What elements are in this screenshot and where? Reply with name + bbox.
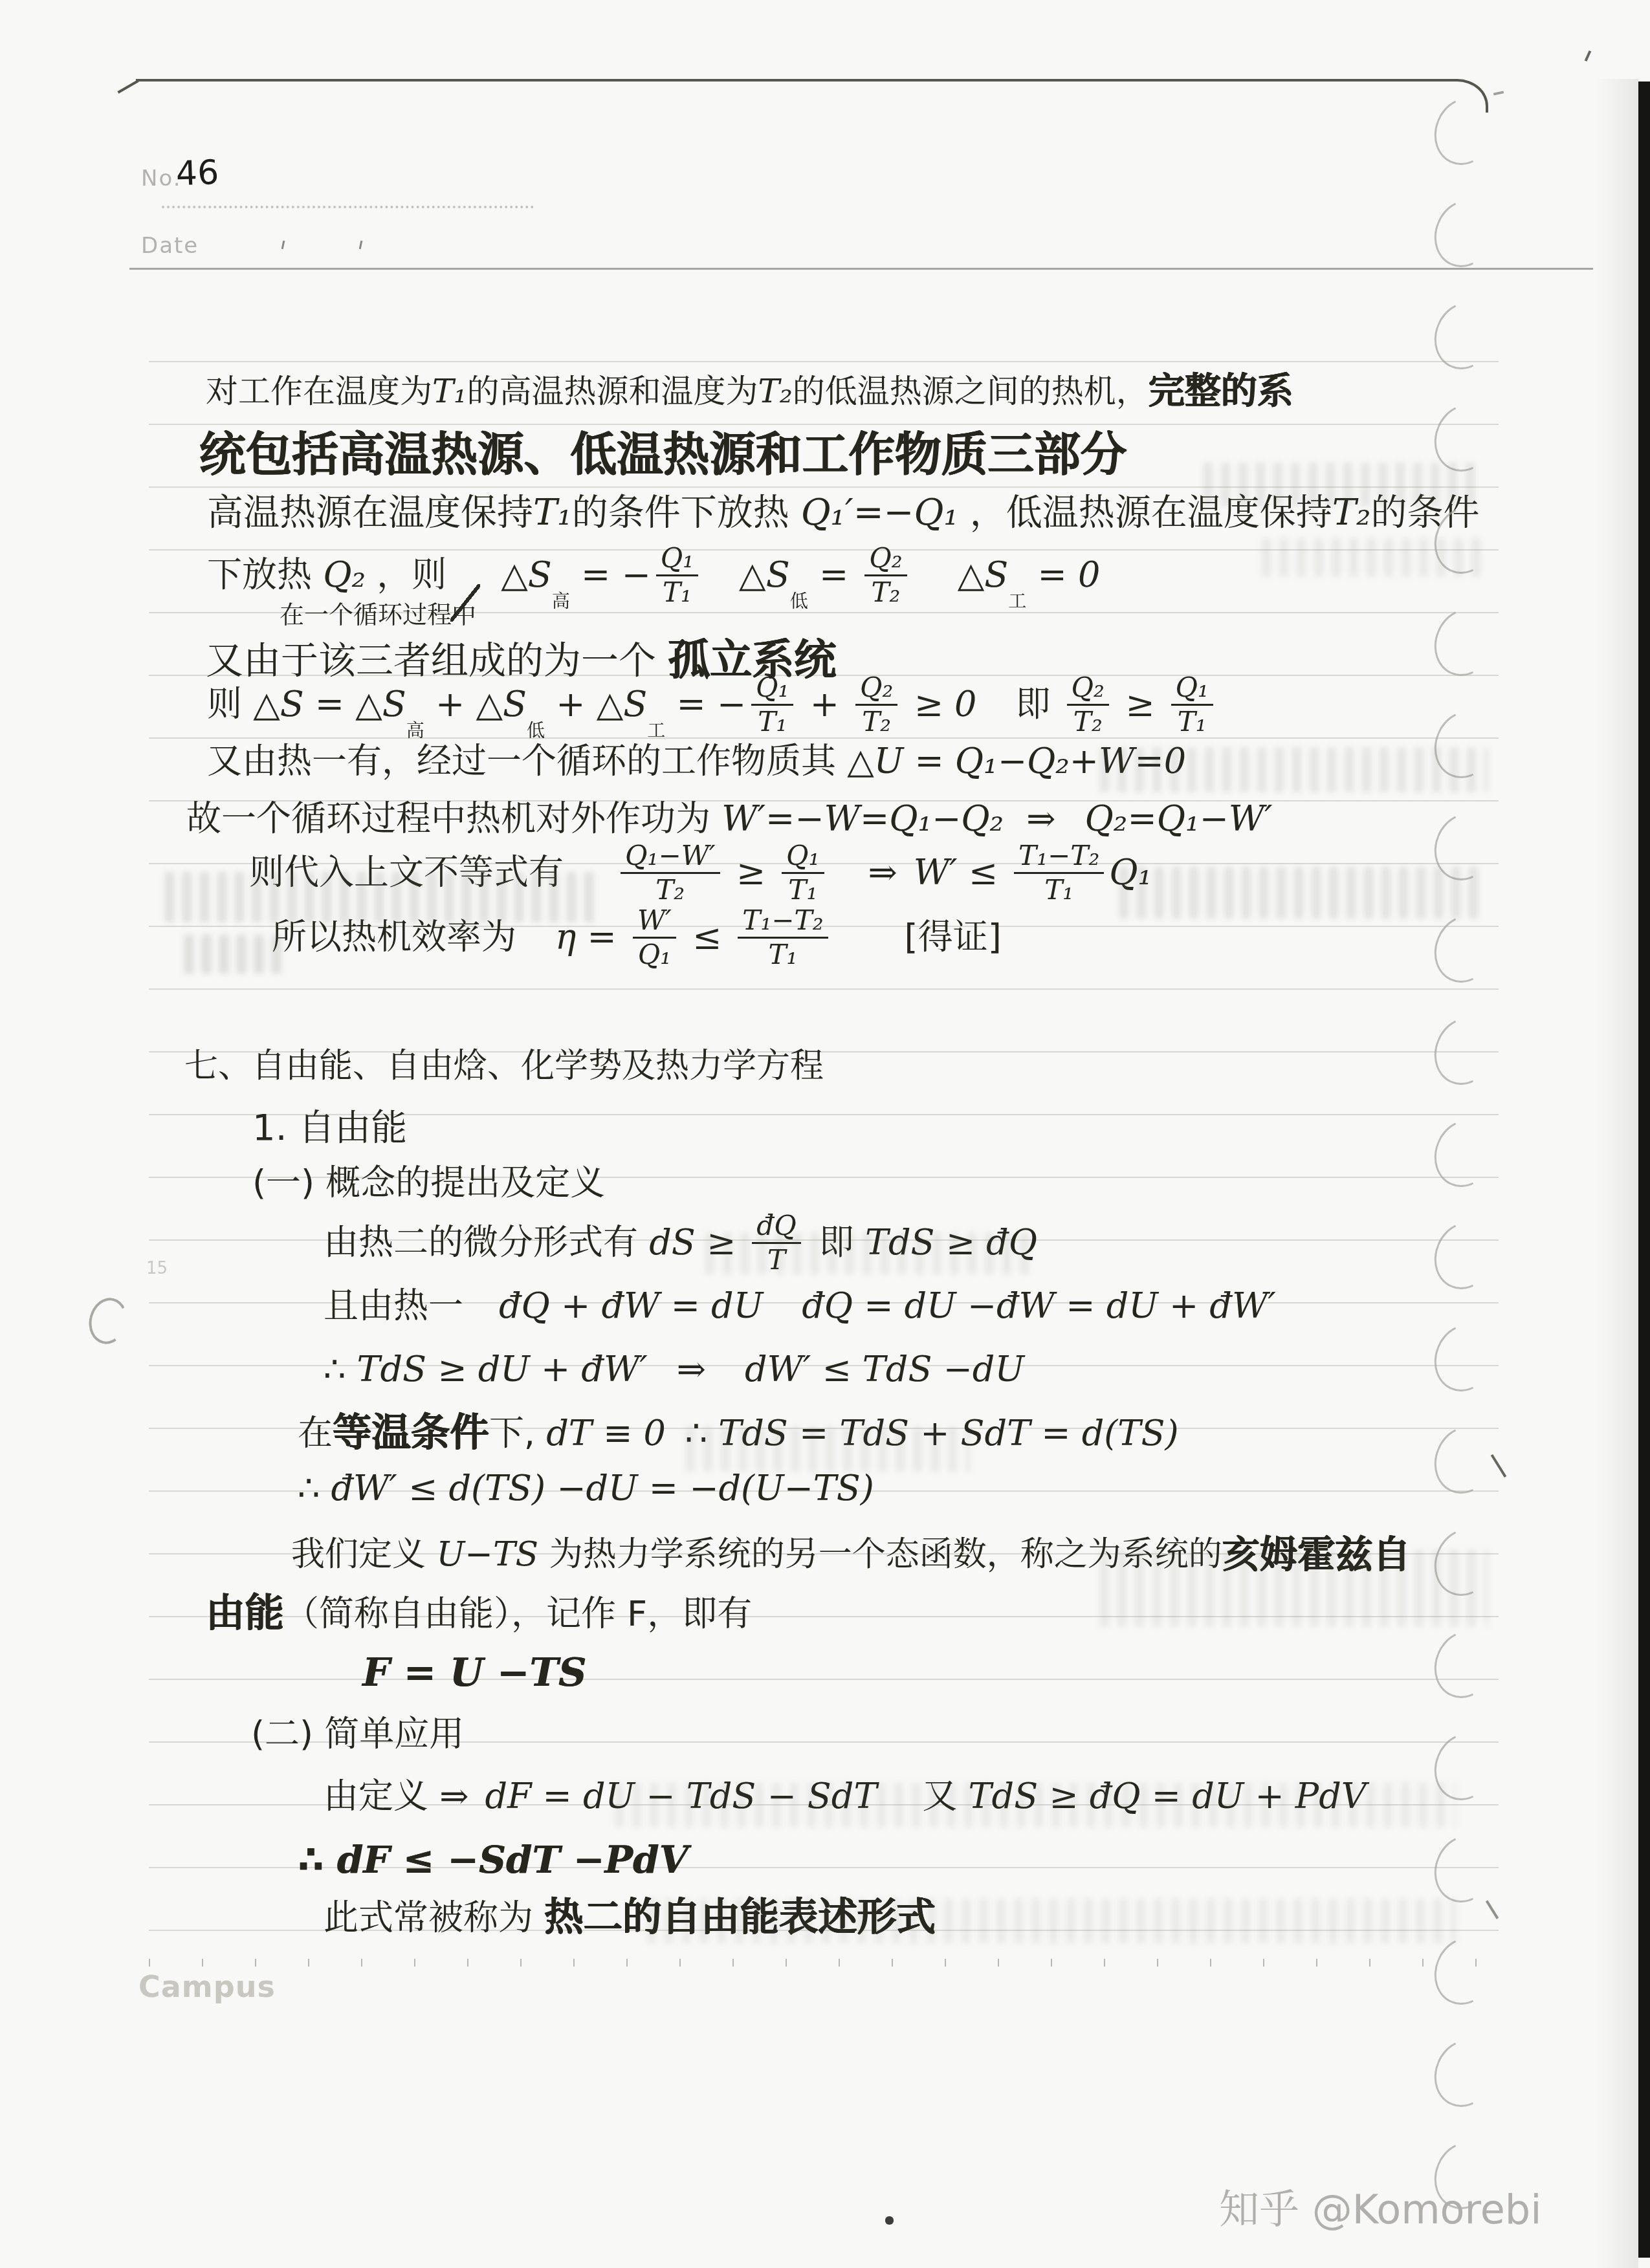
- note-line: 故一个循环过程中热机对外作功为 W′=−W=Q₁−Q₂⇒Q₂=Q₁−W′: [186, 800, 1273, 838]
- note-text: 下放热: [207, 556, 323, 594]
- note-text: 故一个循环过程中热机对外作功为: [186, 800, 721, 838]
- note-text: △S = △S: [253, 686, 406, 723]
- note-text: (二) 简单应用: [251, 1716, 464, 1753]
- note-text: ≥: [725, 854, 777, 891]
- note-text: W′ ≤: [914, 854, 1009, 891]
- note-text: T₁: [533, 494, 572, 532]
- note-line: 下放热 Q₂ ，则△S高 = −Q₁T₁△S低 = Q₂T₂△S工 = 0: [207, 543, 1100, 607]
- note-text: 所以热机效率为: [272, 919, 516, 956]
- note-text: =: [808, 556, 860, 594]
- note-text: 完整的系: [1149, 372, 1293, 411]
- note-text: 在: [298, 1415, 333, 1452]
- note-text: ∴ đW′ ≤ d(TS) −dU = −d(U−TS): [298, 1470, 874, 1507]
- spiral-hole: [1424, 2031, 1504, 2116]
- stray-mark: [1585, 50, 1592, 61]
- note-text: 即: [1015, 686, 1061, 723]
- note-text: 七、自由能、自由焓、化学势及热力学方程: [184, 1048, 824, 1084]
- fraction: Q₂T₂: [855, 673, 897, 737]
- bleed-smudge: [686, 1426, 971, 1472]
- bleed-smudge: [1119, 867, 1482, 919]
- stray-pen-arc: [84, 1294, 132, 1348]
- note-text: Q₂=Q₁−W′: [1085, 800, 1273, 838]
- note-text: + △S: [545, 686, 647, 723]
- note-text: 1. 自由能: [252, 1109, 407, 1148]
- spiral-hole: [1424, 191, 1504, 276]
- note-text: 的高温热源和温度为: [467, 374, 758, 409]
- note-text: T₂: [758, 374, 792, 409]
- note-text: ⇒: [1026, 800, 1055, 838]
- note-text: （简称自由能），记作 F，即有: [284, 1595, 752, 1633]
- note-line: F = U −TS: [362, 1652, 586, 1694]
- note-text: 高: [406, 721, 424, 741]
- note-line: 且由热一đQ + đW = dUđQ = dU −đW = dU + đW′: [324, 1287, 1276, 1325]
- note-text: 工: [647, 721, 665, 741]
- scanner-black-strip: [1638, 82, 1650, 2258]
- note-text: 在一个循环过程中: [280, 602, 476, 628]
- note-line: ∴ TdS ≥ dU + đW′⇒dW′ ≤ TdS −dU: [324, 1351, 1024, 1388]
- note-text: W′=−W=Q₁−Q₂: [721, 800, 1004, 838]
- note-text: 且由热一: [324, 1287, 463, 1325]
- printed-margin-marker: 15: [146, 1259, 168, 1278]
- bleed-smudge: [647, 1899, 1456, 1944]
- note-text: 对工作在温度为: [206, 374, 432, 409]
- no-dotted-line: [162, 206, 534, 208]
- note-text: 此式常被称为: [324, 1899, 544, 1937]
- fraction: Q₁−W′T₂: [621, 841, 720, 905]
- note-text: U−TS: [437, 1536, 539, 1573]
- bottom-tick-marks: [149, 1959, 1499, 1967]
- note-text: Q₁′=−Q₁: [801, 494, 958, 532]
- note-text: (一) 概念的提出及定义: [252, 1164, 605, 1202]
- note-text: ⇒: [868, 854, 897, 891]
- note-text: 又由热一有，经过一个循环的工作物质其: [207, 743, 847, 780]
- scanned-notebook-page: No. 46 Date 15 对工作在温度为T₁的高温热源和温度为T₂的低温热源…: [0, 0, 1650, 2268]
- note-text: F = U −TS: [362, 1652, 586, 1694]
- note-text: △S: [501, 556, 552, 594]
- header-rule-line: [129, 268, 1593, 270]
- note-text: 由定义: [324, 1778, 439, 1815]
- note-text: 下,: [489, 1415, 546, 1452]
- bleed-smudge: [615, 1782, 1456, 1827]
- note-line: 则 △S = △S高 + △S低 + △S工 = −Q₁T₁ + Q₂T₂ ≥ …: [207, 673, 1218, 737]
- bleed-smudge: [705, 1232, 1029, 1274]
- note-line: (二) 简单应用: [251, 1716, 464, 1753]
- note-text: 高: [552, 592, 570, 611]
- note-text: ⇒: [677, 1351, 706, 1388]
- note-line: ∴ đW′ ≤ d(TS) −dU = −d(U−TS): [298, 1470, 874, 1507]
- note-line: 又由热一有，经过一个循环的工作物质其 △U = Q₁−Q₂+W=0: [207, 743, 1186, 780]
- note-text: = −: [665, 686, 746, 723]
- page-number-handwritten: 46: [175, 153, 219, 193]
- note-line: 1. 自由能: [252, 1109, 407, 1148]
- fraction: Q₁T₁: [782, 841, 824, 905]
- note-text: ∴ dF ≤ −SdT −PdV: [298, 1840, 688, 1881]
- note-line: 统包括高温热源、低温热源和工作物质三部分: [199, 430, 1127, 479]
- note-text: dT ≡ 0: [546, 1415, 666, 1452]
- note-line: 对工作在温度为T₁的高温热源和温度为T₂的低温热源之间的热机，完整的系: [206, 372, 1293, 411]
- fraction: Q₁T₁: [656, 543, 698, 607]
- bleed-smudge: [1100, 1549, 1488, 1627]
- note-text: 低: [790, 592, 808, 611]
- note-text: dW′ ≤ TdS −dU: [745, 1351, 1024, 1388]
- bleed-smudge: [1204, 463, 1475, 507]
- note-text: ∴ TdS ≥ dU + đW′: [324, 1351, 648, 1388]
- note-text: T₁: [432, 374, 467, 409]
- note-text: 由能: [206, 1593, 284, 1635]
- note-text: 工: [1008, 592, 1026, 611]
- bleed-smudge: [165, 872, 595, 922]
- note-line: 在一个循环过程中: [280, 602, 476, 628]
- bleed-smudge: [1100, 747, 1488, 792]
- note-text: △S: [958, 556, 1009, 594]
- campus-logo: Campus: [138, 1969, 276, 2004]
- bleed-smudge: [1262, 538, 1482, 577]
- note-text: + △S: [424, 686, 527, 723]
- note-text: ⇒: [439, 1778, 468, 1815]
- note-text: η =: [555, 919, 628, 956]
- note-text: ≥: [1114, 686, 1166, 723]
- stray-mark: [1493, 91, 1504, 95]
- note-text: 的低温热源之间的热机，: [793, 374, 1149, 409]
- note-text: Q₂: [323, 556, 366, 594]
- note-text: 低: [527, 721, 545, 741]
- fraction: Q₁T₁: [751, 673, 793, 737]
- fraction: Q₁T₁: [1171, 673, 1213, 737]
- note-text: ，则: [366, 556, 446, 594]
- bleed-smudge: [184, 935, 281, 974]
- date-tick-mark: [281, 241, 285, 249]
- note-text: = 0: [1026, 556, 1100, 594]
- note-text: △S: [739, 556, 790, 594]
- note-text: +: [798, 686, 850, 723]
- note-text: = −: [570, 556, 651, 594]
- note-text: 统包括高温热源、低温热源和工作物质三部分: [199, 430, 1127, 479]
- zhihu-watermark: 知乎 @Komorebi: [1219, 2177, 1541, 2235]
- note-text: 我们定义: [291, 1536, 437, 1573]
- fraction: Q₂T₂: [1067, 673, 1109, 737]
- note-text: 的条件下放热: [572, 494, 801, 532]
- fraction: Q₂T₂: [864, 543, 907, 607]
- date-label: Date: [141, 233, 199, 259]
- note-text: 由热二的微分形式有: [324, 1224, 649, 1261]
- date-tick-mark: [359, 241, 363, 249]
- fraction: T₁−T₂T₁: [738, 906, 828, 970]
- note-line: (一) 概念的提出及定义: [252, 1164, 605, 1202]
- note-text: [得证]: [905, 919, 1002, 956]
- fraction: T₁−T₂T₁: [1014, 841, 1104, 905]
- note-text: đQ = dU −đW = dU + đW′: [802, 1287, 1276, 1325]
- fraction: W′Q₁: [633, 906, 676, 970]
- page-top-edge: [136, 79, 1488, 113]
- note-text: đQ + đW = dU: [499, 1287, 763, 1325]
- note-line: 由能（简称自由能），记作 F，即有: [206, 1593, 752, 1635]
- note-line: 七、自由能、自由焓、化学势及热力学方程: [184, 1048, 824, 1084]
- note-text: 等温条件: [333, 1412, 489, 1454]
- note-text: 则: [207, 686, 253, 723]
- note-line: ∴ dF ≤ −SdT −PdV: [298, 1840, 688, 1881]
- note-text: ≤: [681, 919, 733, 956]
- note-text: 高温热源在温度保持: [207, 494, 533, 532]
- ink-speck: [885, 2216, 894, 2225]
- page-right-shadow: [1596, 79, 1638, 2268]
- note-text: ≥ 0: [903, 686, 976, 723]
